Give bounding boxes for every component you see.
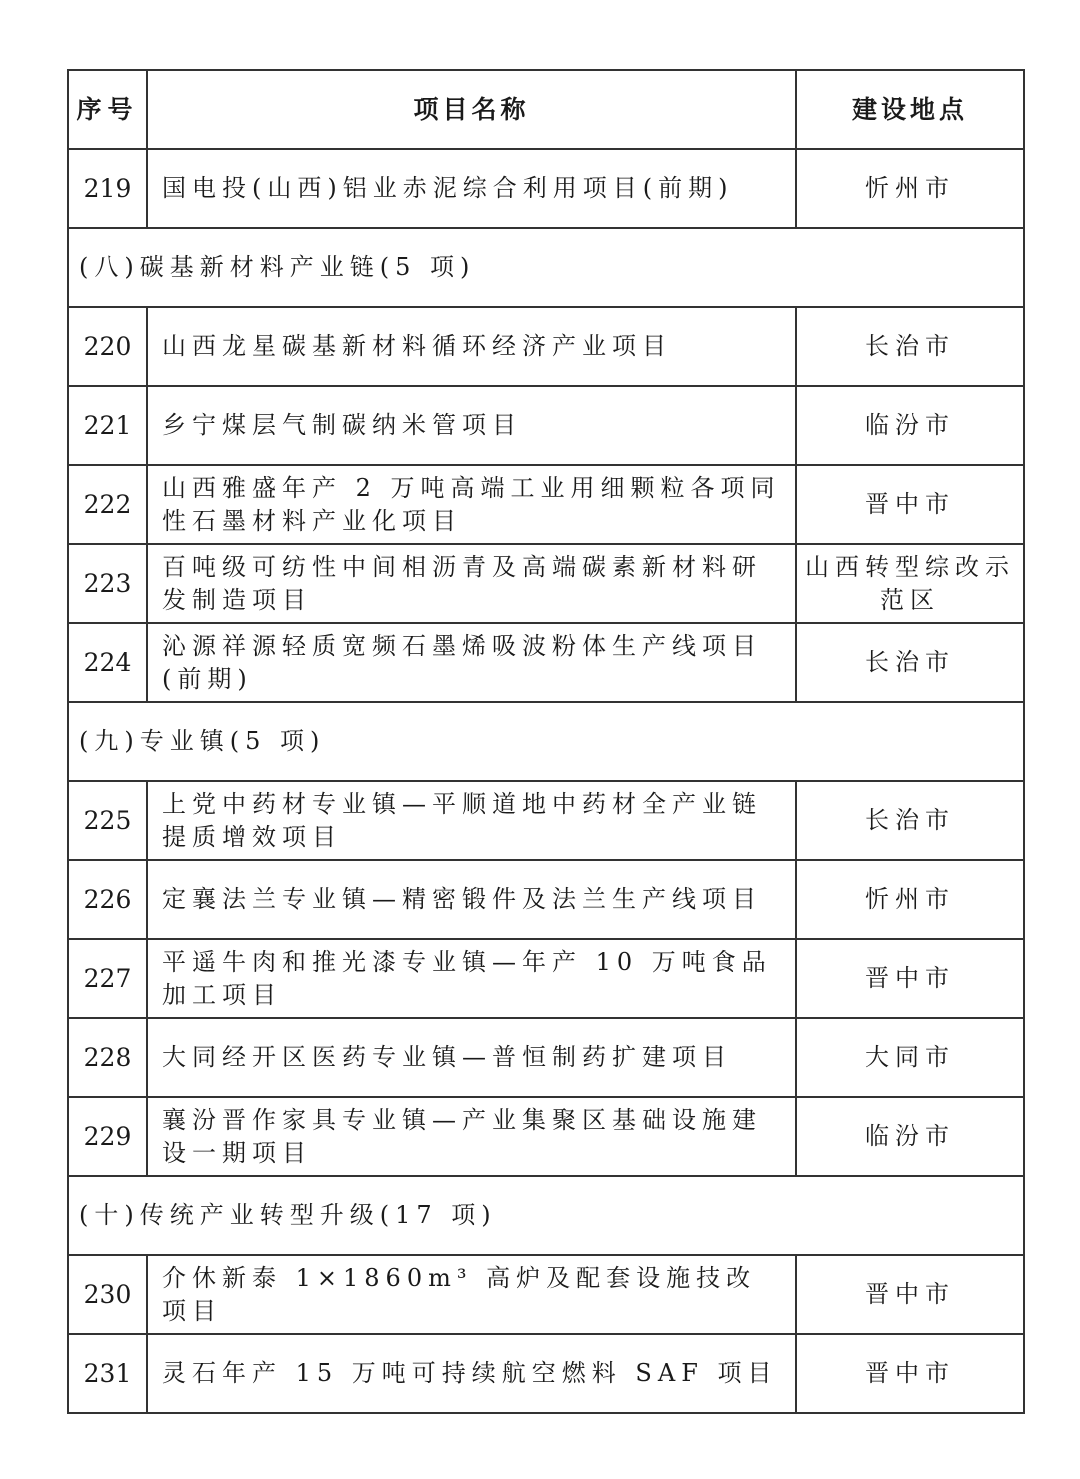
project-location: 大同市 bbox=[796, 1018, 1024, 1097]
project-location: 晋中市 bbox=[796, 1255, 1024, 1334]
table-row: 222 山西雅盛年产 2 万吨高端工业用细颗粒各项同性石墨材料产业化项目 晋中市 bbox=[68, 465, 1024, 544]
section-title: (九)专业镇(5 项) bbox=[68, 702, 1024, 781]
project-name: 上党中药材专业镇—平顺道地中药材全产业链提质增效项目 bbox=[147, 781, 796, 860]
table-row: 231 灵石年产 15 万吨可持续航空燃料 SAF 项目 晋中市 bbox=[68, 1334, 1024, 1413]
table-row: 225 上党中药材专业镇—平顺道地中药材全产业链提质增效项目 长治市 bbox=[68, 781, 1024, 860]
project-name: 定襄法兰专业镇—精密锻件及法兰生产线项目 bbox=[147, 860, 796, 939]
project-name: 国电投(山西)铝业赤泥综合利用项目(前期) bbox=[147, 149, 796, 228]
project-table: 序号 项目名称 建设地点 219 国电投(山西)铝业赤泥综合利用项目(前期) 忻… bbox=[67, 69, 1025, 1414]
section-row: (九)专业镇(5 项) bbox=[68, 702, 1024, 781]
section-row: (八)碳基新材料产业链(5 项) bbox=[68, 228, 1024, 307]
table-row: 228 大同经开区医药专业镇—普恒制药扩建项目 大同市 bbox=[68, 1018, 1024, 1097]
project-location: 晋中市 bbox=[796, 465, 1024, 544]
table-row: 229 襄汾晋作家具专业镇—产业集聚区基础设施建设一期项目 临汾市 bbox=[68, 1097, 1024, 1176]
header-name: 项目名称 bbox=[147, 70, 796, 149]
row-number: 221 bbox=[68, 386, 147, 465]
row-number: 225 bbox=[68, 781, 147, 860]
table-header-row: 序号 项目名称 建设地点 bbox=[68, 70, 1024, 149]
row-number: 223 bbox=[68, 544, 147, 623]
table-row: 223 百吨级可纺性中间相沥青及高端碳素新材料研发制造项目 山西转型综改示范区 bbox=[68, 544, 1024, 623]
row-number: 220 bbox=[68, 307, 147, 386]
project-location: 长治市 bbox=[796, 623, 1024, 702]
project-location: 晋中市 bbox=[796, 939, 1024, 1018]
table-body: 219 国电投(山西)铝业赤泥综合利用项目(前期) 忻州市(八)碳基新材料产业链… bbox=[68, 149, 1024, 1413]
row-number: 227 bbox=[68, 939, 147, 1018]
section-title: (十)传统产业转型升级(17 项) bbox=[68, 1176, 1024, 1255]
project-name: 襄汾晋作家具专业镇—产业集聚区基础设施建设一期项目 bbox=[147, 1097, 796, 1176]
section-title: (八)碳基新材料产业链(5 项) bbox=[68, 228, 1024, 307]
row-number: 230 bbox=[68, 1255, 147, 1334]
table-row: 226 定襄法兰专业镇—精密锻件及法兰生产线项目 忻州市 bbox=[68, 860, 1024, 939]
project-location: 晋中市 bbox=[796, 1334, 1024, 1413]
table-row: 220 山西龙星碳基新材料循环经济产业项目 长治市 bbox=[68, 307, 1024, 386]
header-location: 建设地点 bbox=[796, 70, 1024, 149]
row-number: 228 bbox=[68, 1018, 147, 1097]
project-location: 长治市 bbox=[796, 307, 1024, 386]
project-name: 乡宁煤层气制碳纳米管项目 bbox=[147, 386, 796, 465]
project-name: 大同经开区医药专业镇—普恒制药扩建项目 bbox=[147, 1018, 796, 1097]
project-name: 百吨级可纺性中间相沥青及高端碳素新材料研发制造项目 bbox=[147, 544, 796, 623]
row-number: 229 bbox=[68, 1097, 147, 1176]
project-name: 沁源祥源轻质宽频石墨烯吸波粉体生产线项目(前期) bbox=[147, 623, 796, 702]
row-number: 231 bbox=[68, 1334, 147, 1413]
project-name: 平遥牛肉和推光漆专业镇—年产 10 万吨食品加工项目 bbox=[147, 939, 796, 1018]
project-location: 忻州市 bbox=[796, 149, 1024, 228]
header-no: 序号 bbox=[68, 70, 147, 149]
project-name: 介休新泰 1×1860m³ 高炉及配套设施技改项目 bbox=[147, 1255, 796, 1334]
project-name: 山西龙星碳基新材料循环经济产业项目 bbox=[147, 307, 796, 386]
table-row: 219 国电投(山西)铝业赤泥综合利用项目(前期) 忻州市 bbox=[68, 149, 1024, 228]
row-number: 219 bbox=[68, 149, 147, 228]
project-location: 忻州市 bbox=[796, 860, 1024, 939]
row-number: 224 bbox=[68, 623, 147, 702]
table-row: 224 沁源祥源轻质宽频石墨烯吸波粉体生产线项目(前期) 长治市 bbox=[68, 623, 1024, 702]
project-location: 山西转型综改示范区 bbox=[796, 544, 1024, 623]
row-number: 222 bbox=[68, 465, 147, 544]
project-name: 灵石年产 15 万吨可持续航空燃料 SAF 项目 bbox=[147, 1334, 796, 1413]
project-location: 临汾市 bbox=[796, 386, 1024, 465]
project-name: 山西雅盛年产 2 万吨高端工业用细颗粒各项同性石墨材料产业化项目 bbox=[147, 465, 796, 544]
row-number: 226 bbox=[68, 860, 147, 939]
table-row: 227 平遥牛肉和推光漆专业镇—年产 10 万吨食品加工项目 晋中市 bbox=[68, 939, 1024, 1018]
table-row: 230 介休新泰 1×1860m³ 高炉及配套设施技改项目 晋中市 bbox=[68, 1255, 1024, 1334]
project-location: 长治市 bbox=[796, 781, 1024, 860]
section-row: (十)传统产业转型升级(17 项) bbox=[68, 1176, 1024, 1255]
project-location: 临汾市 bbox=[796, 1097, 1024, 1176]
table-row: 221 乡宁煤层气制碳纳米管项目 临汾市 bbox=[68, 386, 1024, 465]
